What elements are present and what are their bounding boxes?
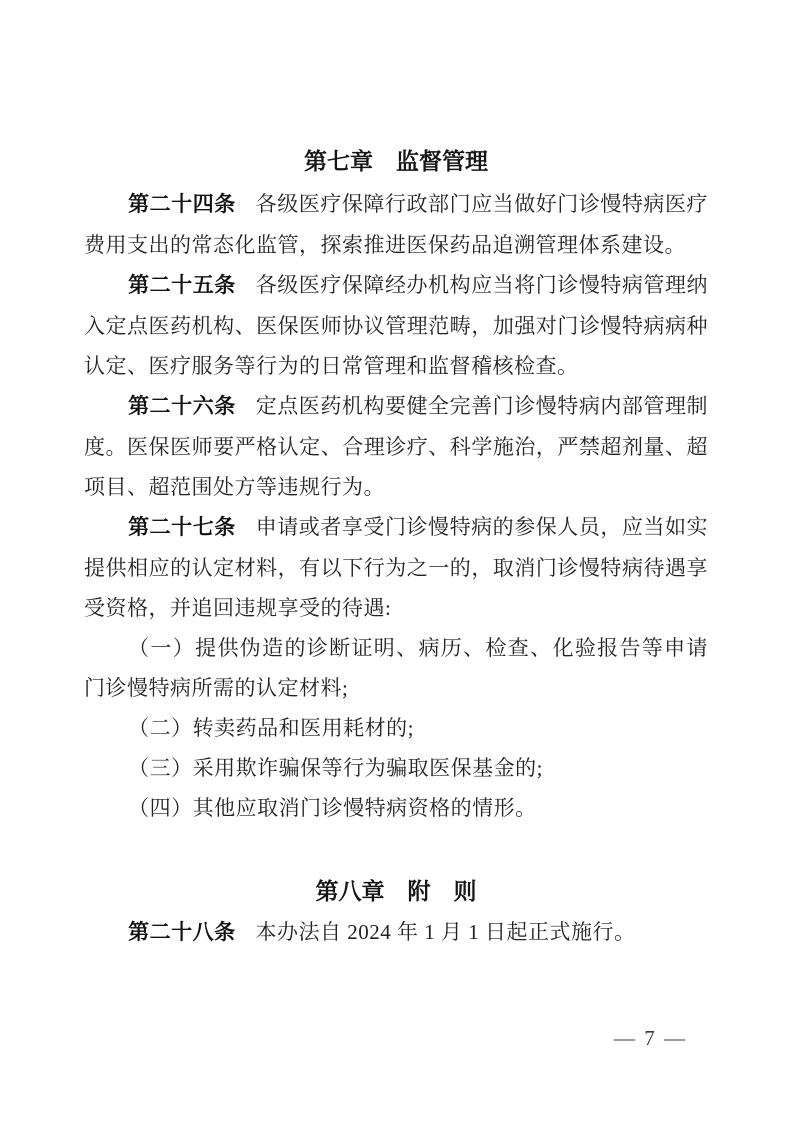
chapter-8-heading: 第八章 附 则 xyxy=(84,876,708,906)
document-page: 第七章 监督管理 第二十四条各级医疗保障行政部门应当做好门诊慢特病医疗费用支出的… xyxy=(0,0,793,1122)
article-24-paragraph: 第二十四条各级医疗保障行政部门应当做好门诊慢特病医疗费用支出的常态化监管，探索推… xyxy=(84,184,708,265)
page-number: — 7 — xyxy=(614,1026,687,1051)
list-item-4: （四）其他应取消门诊慢特病资格的情形。 xyxy=(84,788,708,828)
article-28-number: 第二十八条 xyxy=(128,921,236,944)
document-content: 第七章 监督管理 第二十四条各级医疗保障行政部门应当做好门诊慢特病医疗费用支出的… xyxy=(84,146,708,953)
article-27-paragraph: 第二十七条申请或者享受门诊慢特病的参保人员，应当如实提供相应的认定材料，有以下行… xyxy=(84,507,708,628)
chapter-7-heading: 第七章 监督管理 xyxy=(84,146,708,176)
article-25-number: 第二十五条 xyxy=(128,274,236,297)
article-26-number: 第二十六条 xyxy=(128,395,236,418)
article-26-paragraph: 第二十六条定点医药机构要健全完善门诊慢特病内部管理制度。医保医师要严格认定、合理… xyxy=(84,386,708,507)
list-item-2: （二）转卖药品和医用耗材的; xyxy=(84,708,708,748)
article-27-number: 第二十七条 xyxy=(128,516,236,539)
article-28-text: 本办法自 2024 年 1 月 1 日起正式施行。 xyxy=(256,920,636,944)
article-25-paragraph: 第二十五条各级医疗保障经办机构应当将门诊慢特病管理纳入定点医药机构、医保医师协议… xyxy=(84,265,708,386)
article-28-paragraph: 第二十八条本办法自 2024 年 1 月 1 日起正式施行。 xyxy=(84,912,708,953)
list-item-1: （一）提供伪造的诊断证明、病历、检查、化验报告等申请门诊慢特病所需的认定材料; xyxy=(84,628,708,708)
list-item-3: （三）采用欺诈骗保等行为骗取医保基金的; xyxy=(84,748,708,788)
article-24-number: 第二十四条 xyxy=(128,193,236,216)
